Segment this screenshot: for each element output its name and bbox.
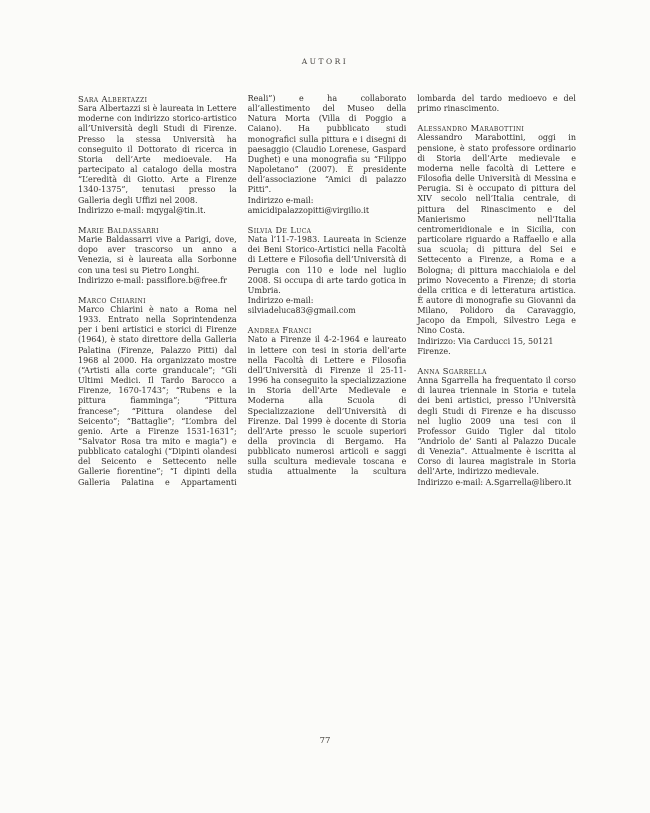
author-section: Sara Albertazzi Sara Albertazzi si è lau… [78,94,237,216]
author-name: Silvia De Luca [248,225,407,235]
author-name: Marie Baldassarri [78,225,237,235]
book-page: AUTORI Sara Albertazzi Sara Albertazzi s… [0,0,650,813]
author-bio: Alessandro Marabottini, oggi in pensione… [417,133,576,336]
author-name: Sara Albertazzi [78,94,237,104]
author-bio: Anna Sgarrella ha frequentato il corso d… [417,376,576,478]
author-section: Silvia De Luca Nata l’11-7-1983. Laureat… [248,225,407,316]
author-contact: Indirizzo e-mail: A.Sgarrella@libero.it [417,478,576,488]
author-name: Anna Sgarrella [417,366,576,376]
author-contact: Indirizzo e-mail: mqygal@tin.it. [78,206,237,216]
author-bio: Sara Albertazzi si è laureata in Lettere… [78,104,237,206]
page-number: 77 [0,736,650,746]
author-name: Alessandro Marabottini [417,123,576,133]
running-head: AUTORI [0,57,650,66]
author-name: Andrea Franci [248,325,407,335]
author-contact: Indirizzo: Via Carducci 15, 50121 Firenz… [417,337,576,357]
author-bio: Nata l’11-7-1983. Laureata in Scienze de… [248,235,407,296]
author-bio: Marie Baldassarri vive a Parigi, dove, d… [78,235,237,276]
author-contact: Indirizzo e-mail: silviadeluca83@gmail.c… [248,296,407,316]
author-name: Marco Chiarini [78,295,237,305]
author-contact: Indirizzo e-mail: amicidipalazzopitti@vi… [248,196,407,216]
author-section: Anna Sgarrella Anna Sgarrella ha frequen… [417,366,576,488]
author-bios-columns: Sara Albertazzi Sara Albertazzi si è lau… [78,94,576,488]
author-section: Alessandro Marabottini Alessandro Marabo… [417,123,576,357]
author-section: Marie Baldassarri Marie Baldassarri vive… [78,225,237,286]
author-contact: Indirizzo e-mail: passiflore.b@free.fr [78,276,237,286]
